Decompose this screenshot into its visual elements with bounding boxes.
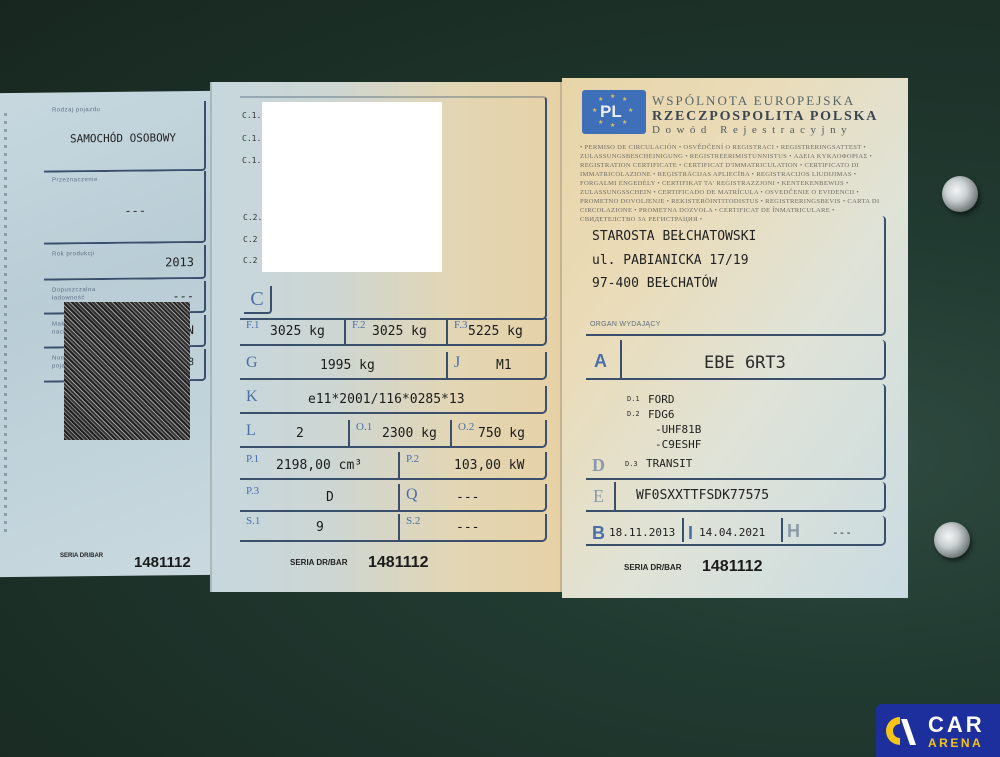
field-label: Dopuszczalna ładowność [52, 286, 112, 303]
registration-number: EBE 6RT3 [704, 353, 786, 373]
field-label: Przeznaczenie [52, 176, 112, 185]
field-purpose: Przeznaczenie --- [44, 171, 206, 245]
header-country: RZECZPOSPOLITA POLSKA [652, 109, 878, 125]
divider [781, 518, 783, 542]
owner-label: C.1. [242, 156, 261, 165]
code-label: F.1 [246, 319, 260, 331]
eu-flag-icon: ★ ★ ★ ★ ★ ★ ★ ★ PL [582, 90, 646, 134]
country-code: PL [600, 102, 622, 122]
code-label: P.3 [246, 485, 259, 497]
authority-line: 97-400 BEŁCHATÓW [592, 276, 717, 291]
binder-rivet [942, 176, 978, 212]
car-arena-mark-icon [886, 715, 918, 747]
code-d: D [592, 455, 605, 476]
cell-value: 103,00 kW [454, 458, 524, 473]
authority-line: STAROSTA BEŁCHATOWSKI [592, 229, 756, 244]
fold-line [210, 82, 212, 592]
code-label: O.1 [356, 421, 372, 433]
cell-l: L 2 [240, 420, 348, 446]
row-s: S.1 9 S.2 --- [240, 514, 547, 542]
row-k: K e11*2001/116*0285*13 [240, 386, 547, 414]
code-label: G [246, 354, 258, 372]
row-l: L 2 O.1 2300 kg O.2 750 kg [240, 420, 547, 448]
cell-k: K e11*2001/116*0285*13 [240, 386, 542, 412]
seria-number: 1481112 [368, 554, 429, 572]
d3-label: D.3 [625, 460, 638, 468]
cell-o2: O.2 750 kg [450, 420, 544, 446]
logo-text-arena: ARENA [928, 736, 983, 750]
perforation [4, 113, 7, 533]
cell-value: 2300 kg [382, 426, 437, 441]
row-g: G 1995 kg J M1 [240, 352, 547, 380]
registration-date: 14.04.2021 [699, 526, 765, 539]
divider [682, 518, 684, 542]
cell-value: 5225 kg [468, 324, 523, 339]
cell-p2: P.2 103,00 kW [398, 452, 544, 478]
cell-f1: F.1 3025 kg [240, 318, 344, 344]
header-doc-title: Dowód Rejestracyjny [652, 124, 852, 136]
cell-value: e11*2001/116*0285*13 [308, 392, 465, 407]
cell-value: 9 [316, 520, 324, 535]
cell-p3: P.3 D [240, 484, 396, 510]
code-label: L [246, 422, 256, 440]
cell-g: G 1995 kg [240, 352, 446, 378]
authority-label: ORGAN WYDAJĄCY [590, 321, 661, 328]
code-label: S.1 [246, 515, 260, 527]
car-arena-logo: CAR ARENA [876, 704, 1000, 757]
row-p3: P.3 D Q --- [240, 484, 547, 512]
d1-label: D.1 [627, 395, 640, 403]
cell-value: 750 kg [478, 426, 525, 441]
validity: --- [832, 526, 852, 539]
vin-number: WF0SXXTTFSDK77575 [636, 488, 769, 503]
seria-label: SERIA DR/BAR [290, 558, 347, 567]
binder-rivet [934, 522, 970, 558]
multilingual-title: • PERMISO DE CIRCULACIÓN • OSVĚDČENÍ O R… [580, 143, 890, 224]
cell-q: Q --- [398, 484, 544, 510]
make: FORD [648, 393, 675, 406]
code-label: Q [406, 486, 418, 504]
owner-label: C.1. [242, 111, 261, 120]
field-label: Rok produkcji [52, 250, 112, 259]
owner-label: C.2 [243, 256, 257, 265]
seria-number: 1481112 [702, 558, 763, 576]
d2-label: D.2 [627, 410, 640, 418]
cell-value: --- [456, 490, 479, 505]
logo-text-car: CAR [928, 712, 985, 738]
first-registration-date: 18.11.2013 [609, 526, 675, 539]
code-h: H [787, 521, 800, 542]
code-c: C [244, 286, 272, 314]
model: TRANSIT [646, 457, 692, 470]
field-label: Rodzaj pojazdu [52, 106, 112, 115]
code-label: P.1 [246, 453, 259, 465]
field-value: SAMOCHÓD OSOBOWY [70, 131, 176, 145]
owner-label: C.2 [243, 235, 257, 244]
cell-value: 2198,00 cm³ [276, 458, 362, 473]
code-a: A [594, 351, 607, 372]
cell-s1: S.1 9 [240, 514, 396, 540]
cell-value: 3025 kg [270, 324, 325, 339]
field-vehicle-type: Rodzaj pojazdu SAMOCHÓD OSOBOWY [44, 101, 206, 173]
code-b: B [592, 523, 605, 544]
owner-label: C.2. [243, 213, 262, 222]
code-label: J [454, 354, 460, 372]
cell-value: D [326, 490, 334, 505]
row-p: P.1 2198,00 cm³ P.2 103,00 kW [240, 452, 547, 480]
seria-number: 1481112 [134, 554, 191, 571]
header-eu: WSPÓLNOTA EUROPEJSKA [652, 93, 855, 109]
variant: -UHF81B [655, 423, 701, 436]
field-value: --- [124, 204, 146, 218]
code-e: E [593, 486, 604, 507]
qr-code [64, 302, 190, 440]
cell-value: 1995 kg [320, 358, 375, 373]
code-label: F.2 [352, 319, 366, 331]
cell-o1: O.1 2300 kg [348, 420, 450, 446]
code-i: I [688, 523, 693, 544]
version: -C9ESHF [655, 438, 701, 451]
code-label: O.2 [458, 421, 474, 433]
seria-label: SERIA DR/BAR [624, 563, 681, 572]
cell-p1: P.1 2198,00 cm³ [240, 452, 396, 478]
type: FDG6 [648, 408, 675, 421]
cell-f3: F.3 5225 kg [446, 318, 544, 344]
field-production-year: Rok produkcji 2013 [44, 245, 206, 281]
cell-value: M1 [496, 358, 512, 373]
row-f: F.1 3025 kg F.2 3025 kg F.3 5225 kg [240, 318, 547, 346]
cell-value: --- [456, 520, 479, 535]
cell-f2: F.2 3025 kg [344, 318, 446, 344]
code-label: K [246, 388, 258, 406]
cell-s2: S.2 --- [398, 514, 544, 540]
field-value: 2013 [165, 255, 194, 269]
cell-value: 3025 kg [372, 324, 427, 339]
redacted-owner-info [262, 102, 442, 272]
cell-j: J M1 [446, 352, 544, 378]
owner-label: C.1. [242, 134, 261, 143]
authority-line: ul. PABIANICKA 17/19 [592, 253, 749, 268]
seria-label: SERIA DR/BAR [60, 553, 103, 559]
code-label: P.2 [406, 453, 419, 465]
cell-value: 2 [296, 426, 304, 441]
code-label: F.3 [454, 319, 468, 331]
code-label: S.2 [406, 515, 420, 527]
